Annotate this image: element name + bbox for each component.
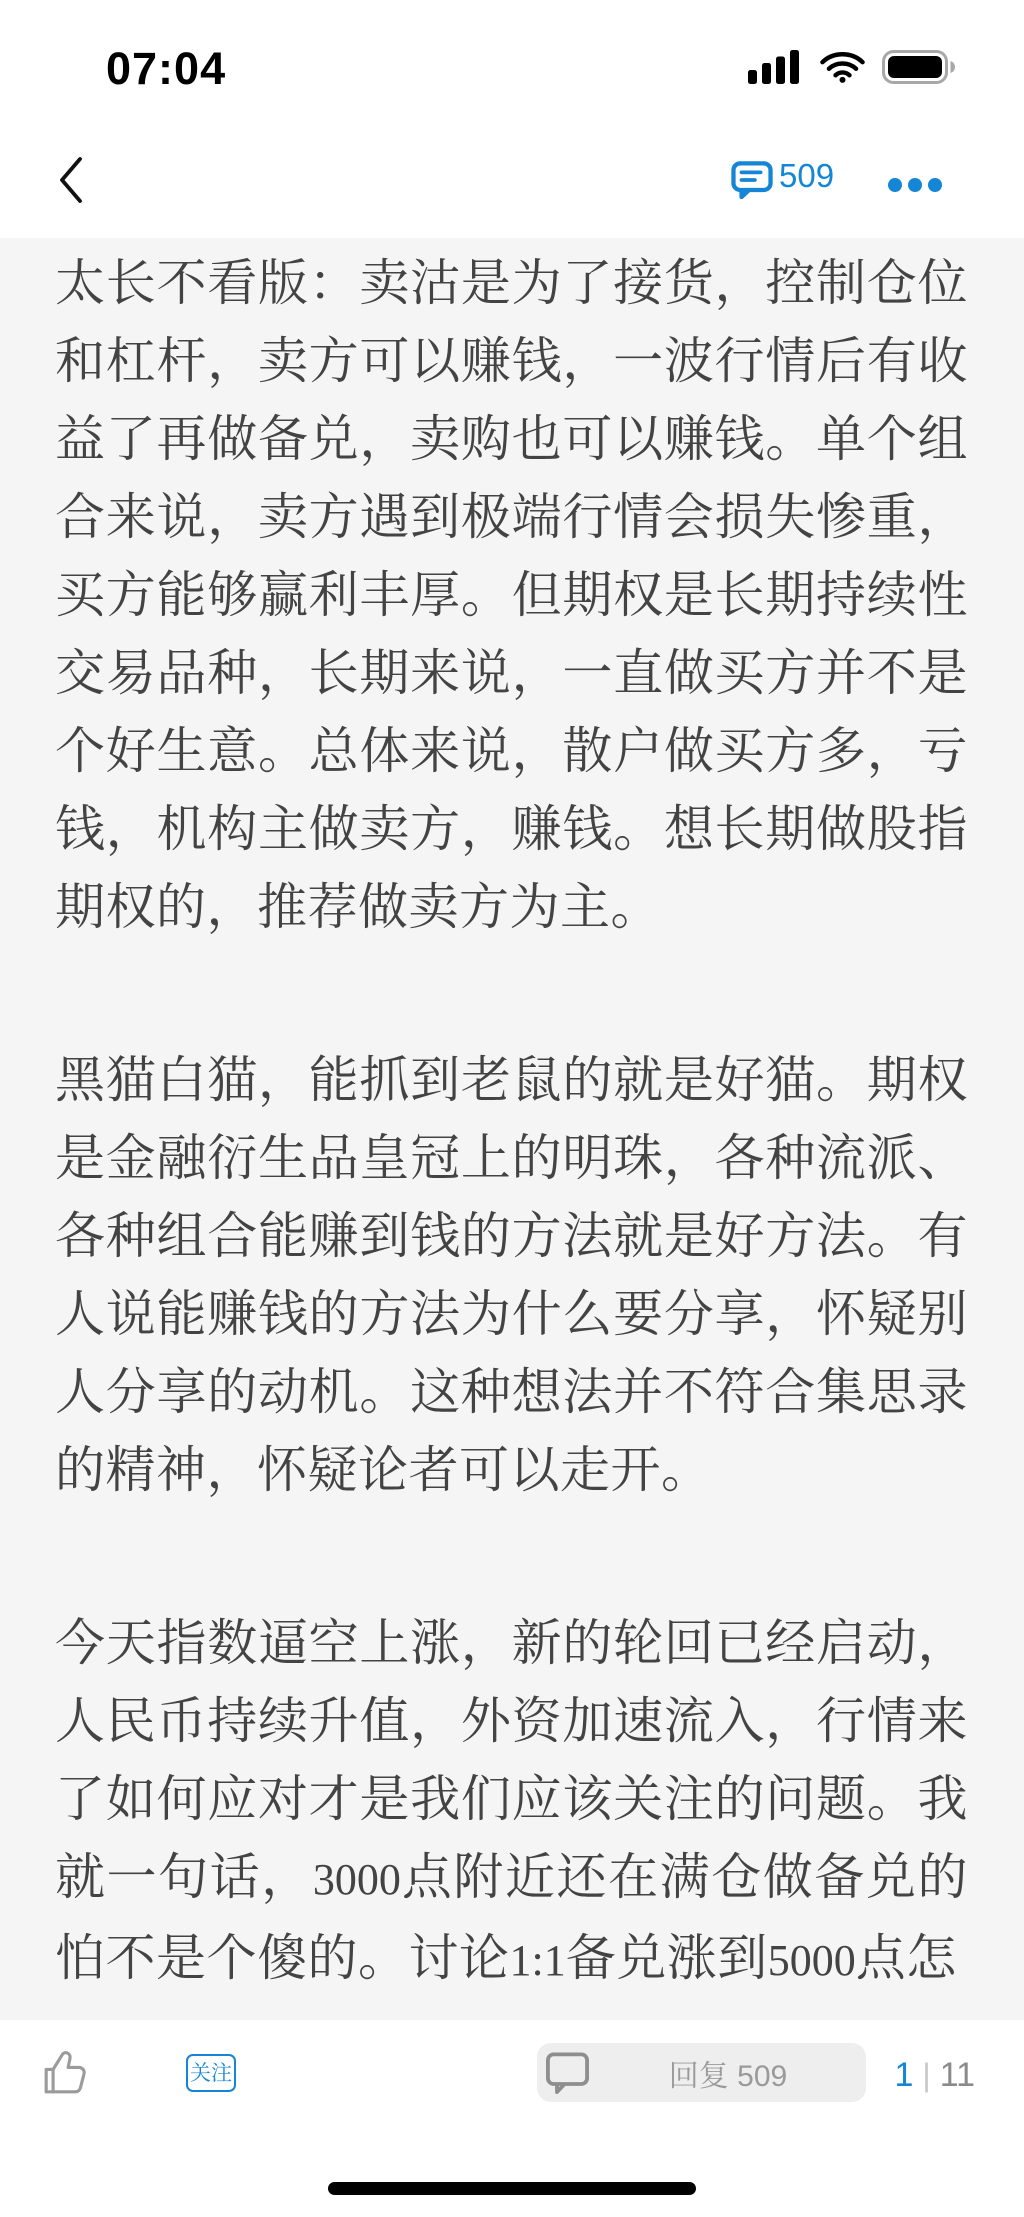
- page-indicator[interactable]: 1 | 11: [894, 2058, 975, 2092]
- paragraph: 今天指数逼空上涨，新的轮回已经启动，人民币持续升值，外资加速流入，行情来了如何应…: [55, 1604, 968, 2000]
- more-button[interactable]: [888, 178, 942, 195]
- reply-placeholder: 回复 509: [590, 2051, 866, 2095]
- comment-count: 509: [779, 161, 834, 191]
- follow-button[interactable]: 关注: [186, 2054, 236, 2092]
- paragraph: 黑猫白猫，能抓到老鼠的就是好猫。期权是金融衍生品皇冠上的明珠，各种流派、各种组合…: [55, 1041, 968, 1509]
- chevron-left-icon: [56, 192, 84, 207]
- like-button[interactable]: [40, 2049, 90, 2097]
- comments-button[interactable]: 509: [731, 161, 834, 202]
- page-current: 1: [894, 2058, 913, 2092]
- home-indicator[interactable]: [328, 2182, 696, 2195]
- back-button[interactable]: [42, 148, 98, 214]
- comment-bubble-icon: [731, 161, 773, 202]
- reply-box[interactable]: 回复 509: [537, 2043, 866, 2102]
- speech-bubble-icon: [545, 2052, 590, 2094]
- cellular-signal-icon: [748, 50, 800, 84]
- article[interactable]: 太长不看版：卖沽是为了接货，控制仓位和杠杆，卖方可以赚钱，一波行情后有收益了再做…: [0, 238, 1024, 2020]
- paragraph: 太长不看版：卖沽是为了接货，控制仓位和杠杆，卖方可以赚钱，一波行情后有收益了再做…: [55, 244, 968, 946]
- status-time: 07:04: [106, 46, 226, 91]
- page-total: 11: [940, 2058, 975, 2092]
- follow-label: 关注: [190, 2063, 232, 2084]
- screen: 07:04: [0, 0, 1024, 2217]
- ellipsis-icon: [888, 180, 942, 195]
- thumbs-up-icon: [41, 2083, 89, 2098]
- battery-icon: [882, 50, 955, 84]
- page-separator: |: [922, 2058, 930, 2092]
- wifi-icon: [820, 52, 865, 83]
